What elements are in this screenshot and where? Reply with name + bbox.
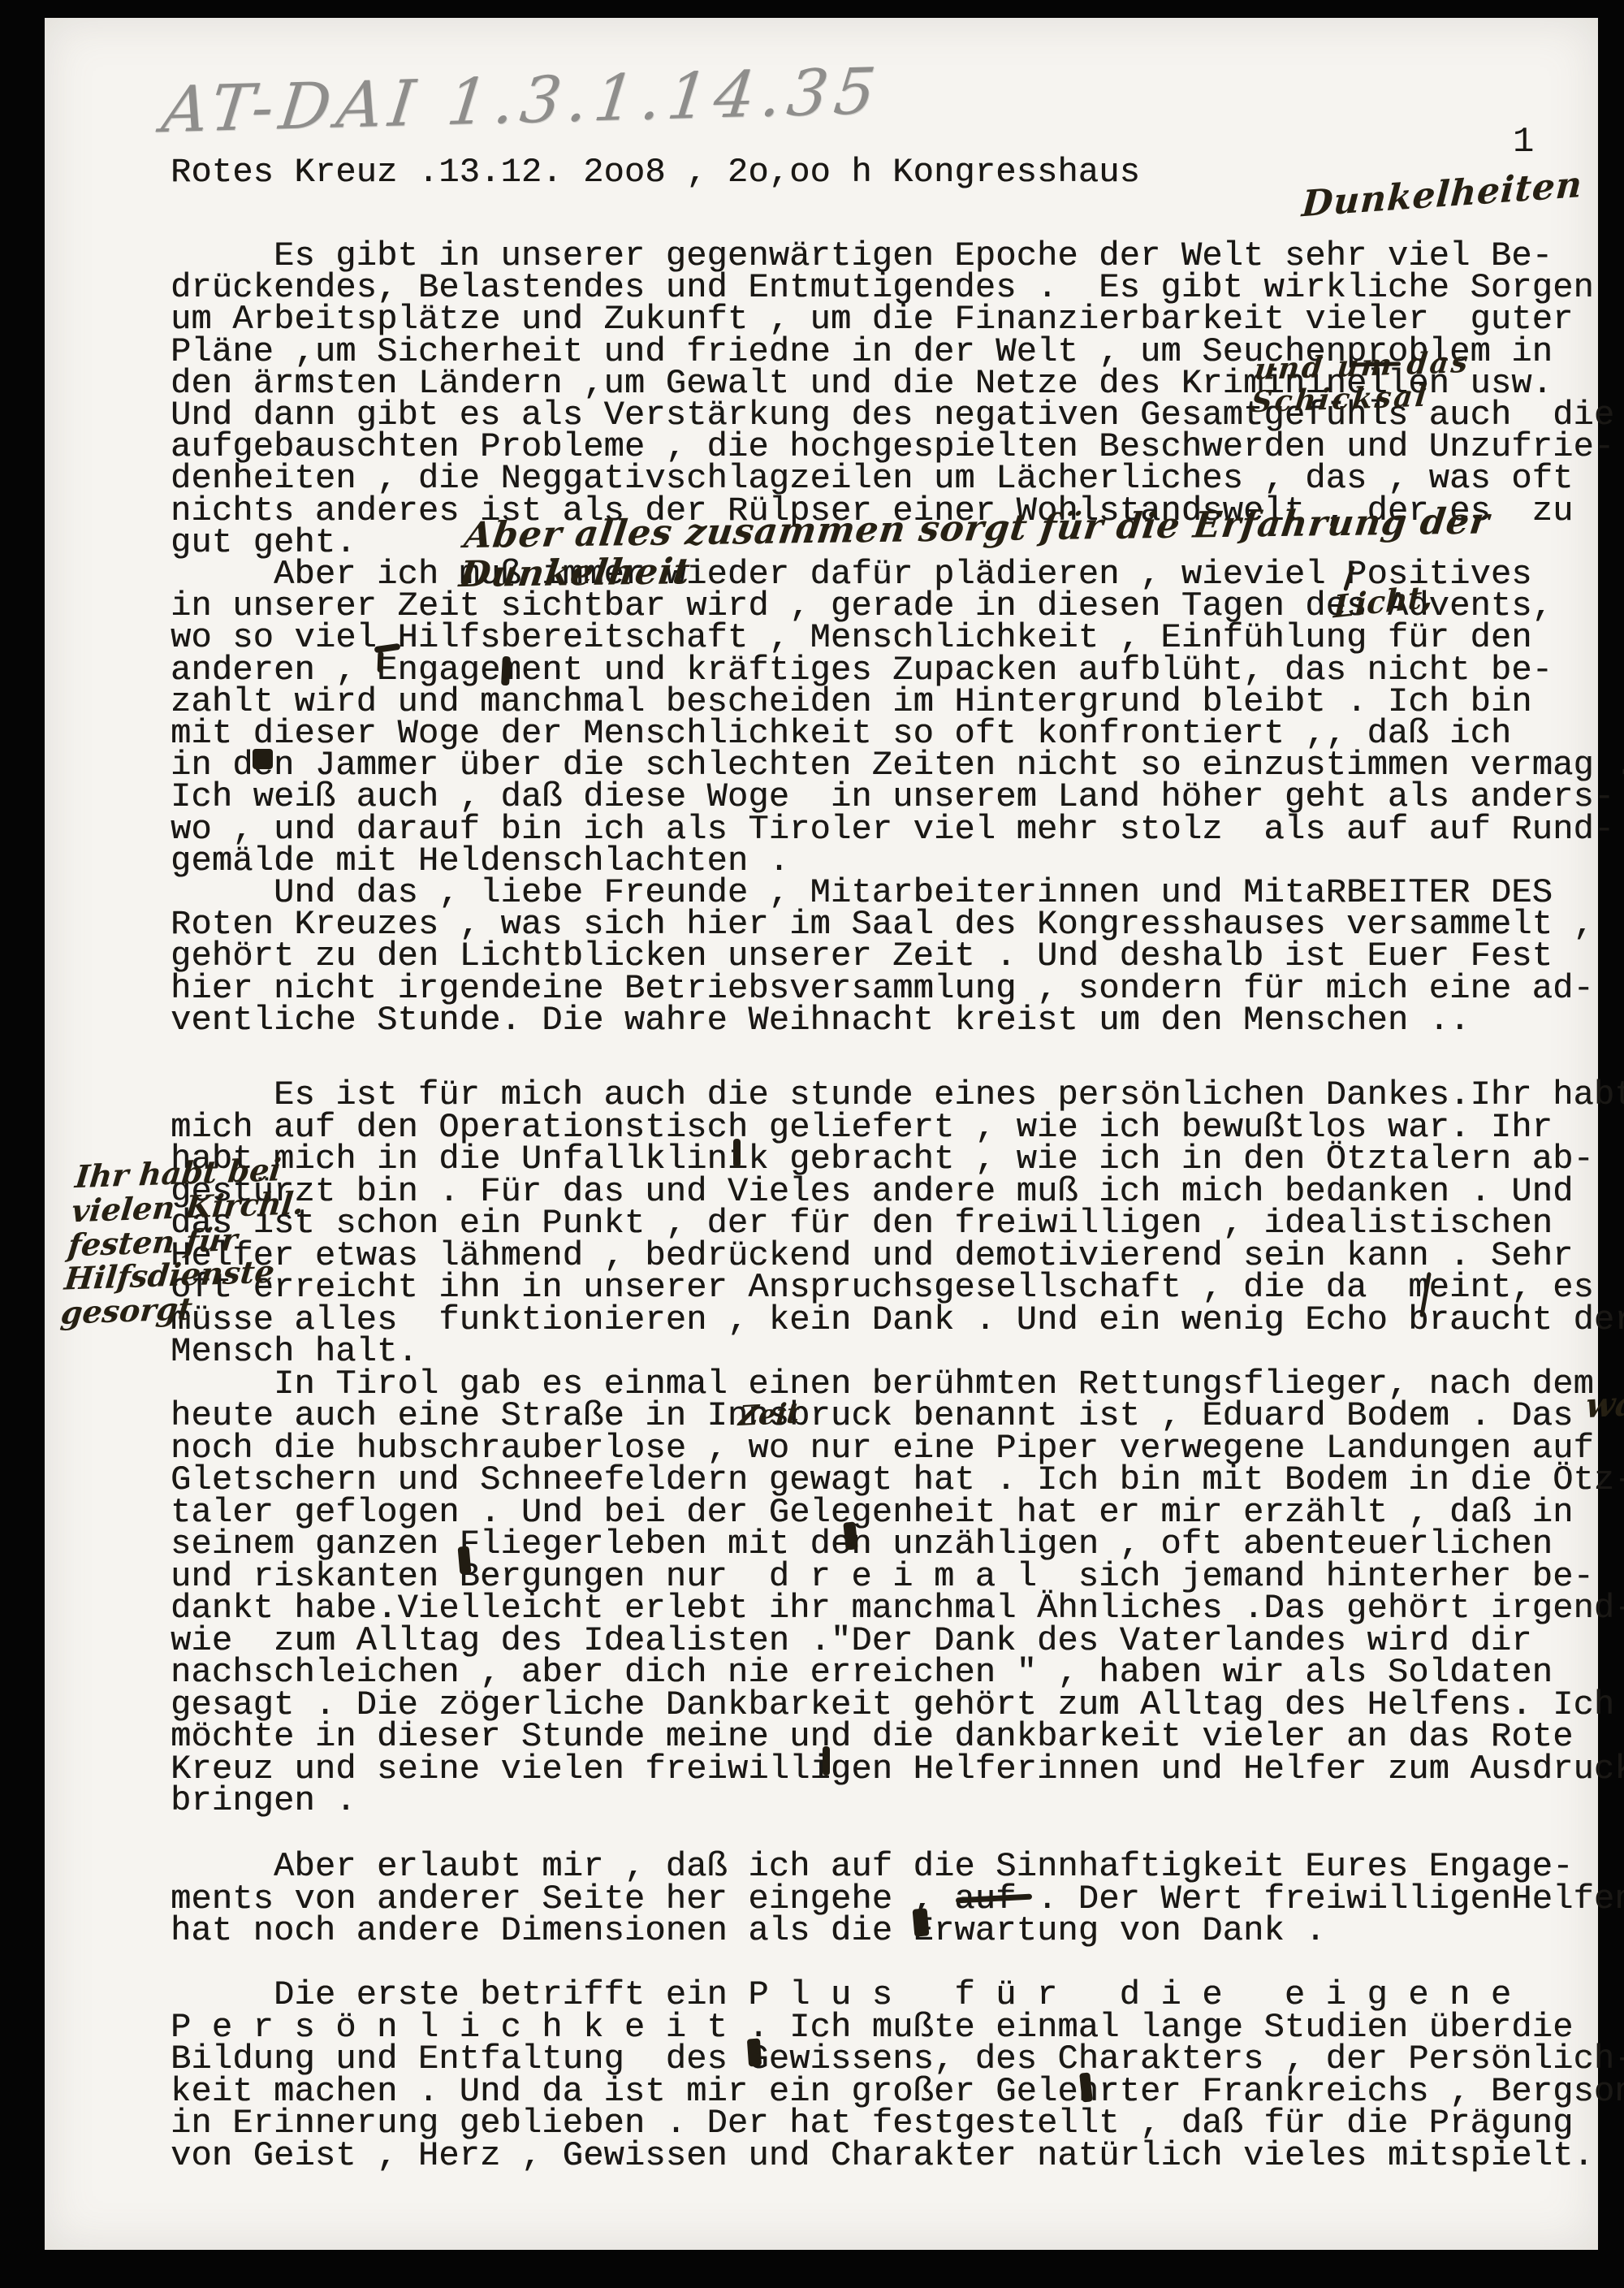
handwritten-annotation-margin-note: Ihr habt bei vielen Kirchl. festen für H…: [59, 1152, 309, 1330]
typed-line: Mensch halt.: [171, 1334, 418, 1369]
handwritten-annotation-insert-war: war: [1584, 1384, 1624, 1425]
typed-line: Gletschern und Schneefeldern gewagt hat …: [171, 1463, 1624, 1497]
typed-line: Kreuz und seine vielen freiwilligen Helf…: [171, 1752, 1624, 1786]
typed-line: dankt habe.Vielleicht erlebt ihr manchma…: [171, 1591, 1624, 1625]
ink-mark: [1352, 361, 1401, 366]
typed-line: in Erinnerung geblieben . Der hat festge…: [171, 2106, 1573, 2140]
typed-line: hat noch andere Dimensionen als die Erwa…: [171, 1914, 1326, 1948]
ink-mark: [733, 1139, 741, 1167]
ink-mark: [253, 749, 273, 769]
handwritten-annotation-note-schicksal: und um das Schicksal: [1250, 342, 1598, 418]
ink-mark: [378, 651, 384, 673]
ink-mark: [458, 1546, 472, 1574]
ink-mark: [913, 1908, 930, 1936]
ink-mark: [501, 656, 511, 686]
handwritten-annotation-insert-zeit: Zeit: [737, 1399, 801, 1433]
handwritten-annotation-archive-code: AT-DAI 1.3.1.14.35: [158, 58, 885, 146]
typed-line: habt mich in die Unfallklinik gebracht ,…: [171, 1142, 1594, 1176]
typed-line: bringen .: [171, 1784, 356, 1818]
paper: Rotes Kreuz .13.12. 2oo8 , 2o,oo h Kongr…: [45, 18, 1598, 2250]
handwritten-annotation-note-dunkelheiten: Dunkelheiten: [1301, 166, 1584, 225]
scanned-page-background: { "page": { "header": "Rotes Kreuz .13.1…: [0, 0, 1624, 2288]
typed-line: das ist schon ein Punkt , der für den fr…: [171, 1206, 1553, 1240]
typed-line: Bildung und Entfaltung des Gewissens, de…: [171, 2042, 1624, 2076]
typed-line: heute auch eine Straße in Innsbruck bena…: [171, 1399, 1573, 1433]
page-number: 1: [1513, 122, 1534, 162]
typed-line: oft erreicht ihn in unserer Anspruchsges…: [171, 1270, 1594, 1304]
ink-mark: [747, 2038, 762, 2066]
typed-line: von Geist , Herz , Gewissen und Charakte…: [171, 2139, 1594, 2173]
typed-line: möchte in dieser Stunde meine und die da…: [171, 1719, 1573, 1754]
typed-line: Die erste betrifft ein P l u s f ü r d i…: [171, 1978, 1511, 2012]
typed-line: seinem ganzen Fliegerleben mit den unzäh…: [171, 1527, 1553, 1561]
typed-line: nachschleichen , aber dich nie erreichen…: [171, 1655, 1553, 1689]
typed-line: Es ist für mich auch die stunde eines pe…: [171, 1078, 1624, 1112]
typed-line: Aber erlaubt mir , daß ich auf die Sinnh…: [171, 1849, 1573, 1884]
ink-mark: [823, 1746, 830, 1775]
typed-line: ventliche Stunde. Die wahre Weihnacht kr…: [171, 1003, 1470, 1037]
document-title-line: Rotes Kreuz .13.12. 2oo8 , 2o,oo h Kongr…: [171, 153, 1140, 192]
